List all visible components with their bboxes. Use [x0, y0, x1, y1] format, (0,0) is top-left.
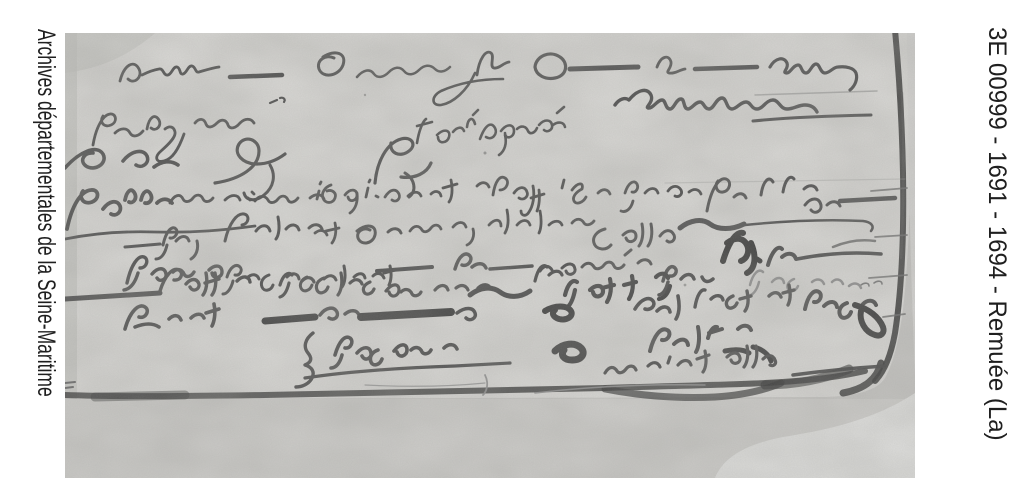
manuscript-scan: [65, 33, 915, 478]
right-reference-caption: 3E 00999 - 1691 - 1694 - Remuée (La): [984, 27, 1010, 441]
manuscript-drawing: [65, 33, 915, 478]
left-archive-caption: Archives départementales de la Seine-Mar…: [33, 29, 59, 397]
grain-texture: [65, 33, 915, 478]
